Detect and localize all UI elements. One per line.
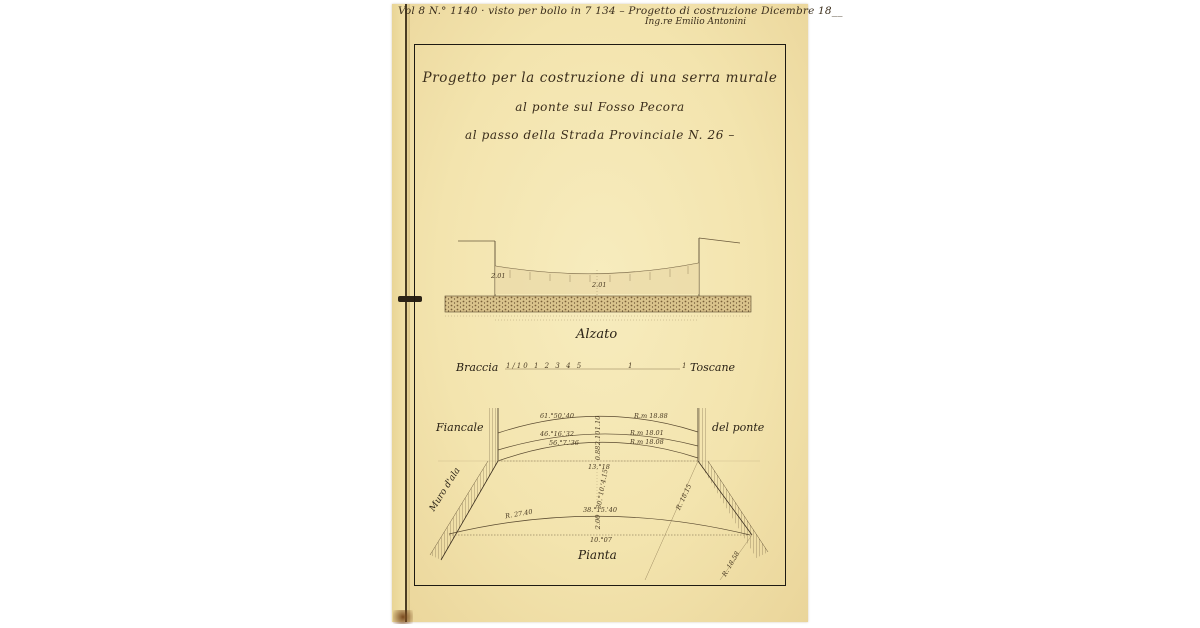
center-dim-3: 0.88 — [594, 446, 602, 460]
scale-tick-mid: 1 — [628, 362, 632, 370]
arc-label-right-1: R.m 18.88 — [634, 412, 668, 420]
section-right-label: del ponte — [712, 421, 764, 434]
scale-ticks: 1/10 1 2 3 4 5 — [506, 362, 583, 370]
plan-center-dim: 2.00 — [594, 515, 602, 529]
arc-label-right-2: R.m 18.01 — [630, 429, 664, 437]
technical-drawing — [0, 0, 1200, 628]
scale-left-label: Braccia — [456, 361, 498, 374]
arc-label-left-3: 56.°7.'36 — [549, 439, 579, 447]
plan-span: 10.°07 — [590, 536, 612, 544]
arc-label-left-1: 61.°50.'40 — [540, 412, 574, 420]
scale-right-label: Toscane — [690, 361, 735, 374]
plan-label: Pianta — [578, 548, 617, 562]
elevation-dim-center: 2.01 — [592, 281, 606, 289]
arc-label-right-3: R.m 18.08 — [630, 438, 664, 446]
arc-label-left-2: 46.°16.'32 — [540, 430, 574, 438]
center-dim-2: 2.10 — [594, 431, 602, 445]
scale-tick-end: 1 — [682, 362, 686, 370]
elevation-dim-left: 2.01 — [491, 272, 505, 280]
elevation-label: Alzato — [576, 327, 617, 342]
section-left-label: Fiancale — [436, 421, 484, 434]
center-dim-1: 1.10 — [594, 416, 602, 430]
